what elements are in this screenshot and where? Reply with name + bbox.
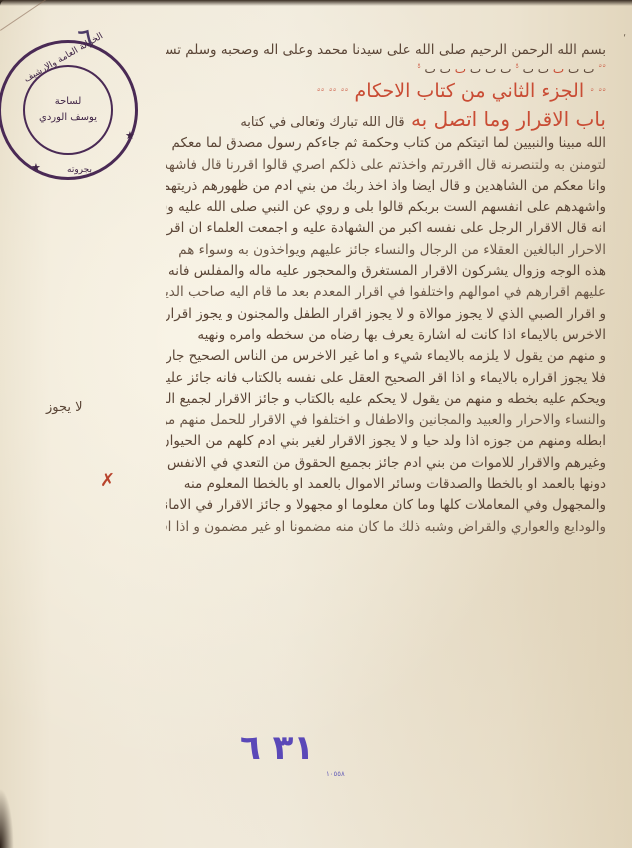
catalog-number: ٣١ ٦: [240, 728, 314, 768]
body-line: عليهم اقرارهم في اموالهم واختلفوا في اقر…: [166, 282, 606, 303]
body-line: ويحكم عليه بخطه و منهم من يقول لا يحكم ع…: [166, 389, 606, 410]
body-line: والمجهول وفي المعاملات كلها وما كان معلو…: [166, 495, 606, 516]
ink-stroke: [0, 0, 191, 31]
body-line: الاخرس بالايماء اذا كانت له اشارة يعرف ب…: [166, 325, 606, 346]
pencil-note: ١٠٥٥٨: [326, 770, 345, 778]
body-line: فلا يجوز اقراره بالايماء و اذا اقر الصحي…: [166, 368, 606, 389]
library-stamp: الخزانة العامة والارشيف لساحة يوسف الورد…: [0, 40, 138, 180]
body-line: دونها بالعمد او بالخطا والصدقات وسائر ال…: [166, 474, 606, 495]
chapter-tail: قال الله تبارك وتعالى في كتابه: [240, 115, 404, 130]
body-line: وانا معكم من الشاهدين و قال ايضا واذ اخذ…: [166, 176, 606, 197]
body-line: ابطله ومنهم من جوزه اذا ولد حيا و لا يجو…: [166, 431, 606, 452]
body-line: الاحرار البالغين العقلاء من الرجال والنس…: [166, 240, 606, 261]
body-line: وغيرهم والاقرار للاموات من بني ادم جائز …: [166, 453, 606, 474]
chapter-title: باب الاقرار وما اتصل به: [411, 107, 606, 131]
star-icon: ★: [125, 129, 135, 142]
body-line: انه قال الاقرار الرجل على نفسه اكبر من ا…: [166, 218, 606, 239]
edge-mark: ʹ: [623, 34, 626, 45]
stamp-inner-circle: لساحة يوسف الوردي: [23, 65, 113, 155]
chapter-heading: باب الاقرار وما اتصل به قال الله تبارك و…: [166, 105, 606, 133]
star-icon: ★: [31, 161, 41, 174]
manuscript-page: ٦ الخزانة العامة والارشيف لساحة يوسف الو…: [0, 0, 632, 848]
stamp-center-line-1: لساحة: [55, 94, 82, 110]
body-line: و منهم من يقول لا يلزمه بالايماء شيء و ا…: [166, 346, 606, 367]
body-line: لتومنن به ولتنصرنه قال ااقررتم واخذتم عل…: [166, 155, 606, 176]
basmala-line: بسم الله الرحمن الرحيم صلى الله على سيدن…: [166, 40, 606, 61]
volume-title: الجزء الثاني من كتاب الاحكام: [354, 80, 584, 102]
body-line: و اقرار الصبي الذي لا يجوز موالاة و لا ي…: [166, 304, 606, 325]
volume-heading: ﱠﱠ ﱠ الجزء الثاني من كتاب الاحكام ﱠﱠ ﱠﱠ …: [166, 77, 606, 105]
body-line: والنساء والاحرار والعبيد والمجانين والاط…: [166, 410, 606, 431]
vocalization-marks: ﱠﱠ ٮ ٮ ٮ ٮ ٮ ﱡ ٮ ٮ ٮ ٮ ٮ ٮ ﱡ: [166, 61, 606, 77]
body-line: الله مبينا والنبيين لما اتيتكم من كتاب و…: [166, 133, 606, 154]
manuscript-text: بسم الله الرحمن الرحيم صلى الله على سيدن…: [166, 40, 606, 538]
body-line: واشهدهم على انفسهم الست بربكم قالوا بلى …: [166, 197, 606, 218]
stamp-bottom-text: بجروته: [67, 165, 92, 175]
body-line: هذه الوجه وزوال يشركون الاقرار المستغرق …: [166, 261, 606, 282]
margin-annotation: لا يجوز: [46, 400, 83, 415]
body-line: والودايع والعواري والقراض وشبه ذلك ما كا…: [166, 517, 606, 538]
margin-correction-mark: ✗: [100, 470, 115, 491]
stamp-center-line-2: يوسف الوردي: [39, 110, 97, 126]
